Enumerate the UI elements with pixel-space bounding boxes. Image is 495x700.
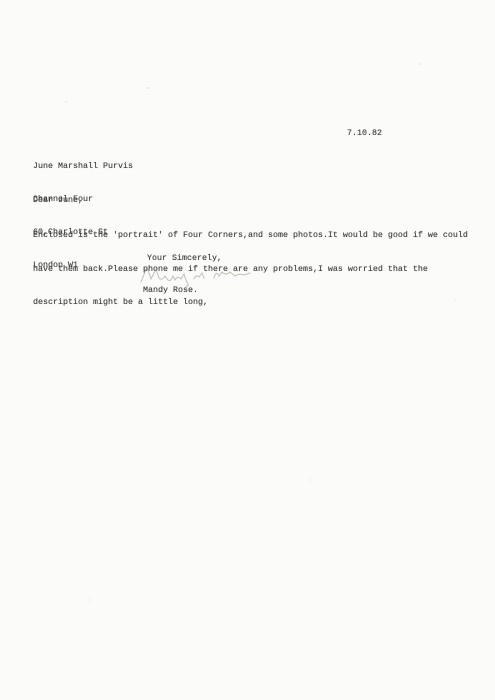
body-line: description might be a little long, bbox=[33, 297, 468, 309]
letter-page: 7.10.82 June Marshall Purvis Channel Fou… bbox=[0, 0, 495, 700]
body-line: Enclosed is the 'portrait' of Four Corne… bbox=[33, 230, 468, 242]
salutation: Dear June, bbox=[33, 195, 83, 206]
recipient-name: June Marshall Purvis bbox=[33, 161, 133, 172]
letter-date: 7.10.82 bbox=[347, 128, 382, 139]
signature-typed-name: Mandy Rose. bbox=[143, 285, 198, 296]
